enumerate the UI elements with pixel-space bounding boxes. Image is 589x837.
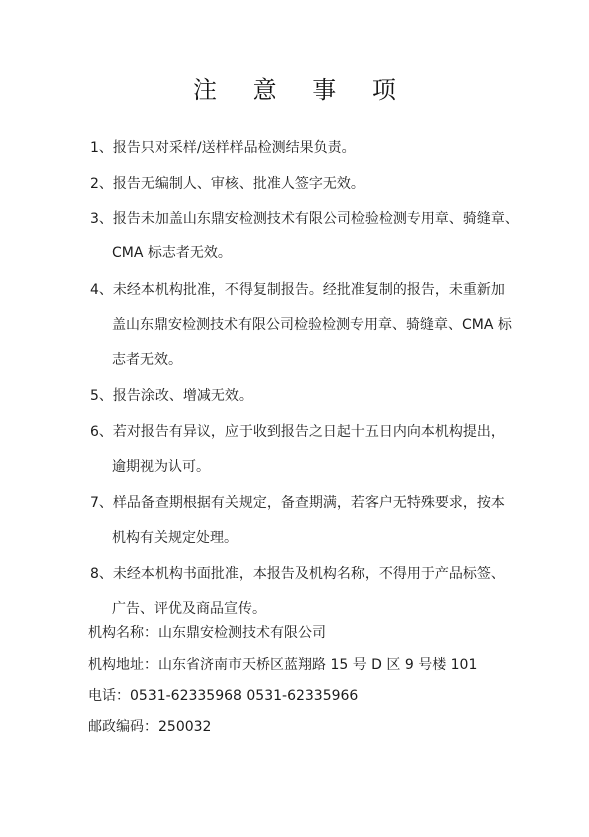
notice-3-cont: CMA 标志者无效。 [112, 244, 232, 262]
notice-8-cont: 广告、评优及商品宣传。 [112, 600, 266, 618]
notice-2: 2、报告无编制人、审核、批准人签字无效。 [90, 175, 365, 193]
org-postal-code: 邮政编码：250032 [88, 718, 211, 736]
org-address: 机构地址：山东省济南市天桥区蓝翔路 15 号 D 区 9 号楼 101 [88, 656, 477, 674]
notice-3: 3、报告未加盖山东鼎安检测技术有限公司检验检测专用章、骑缝章、 [90, 210, 519, 228]
notice-4-cont-1: 盖山东鼎安检测技术有限公司检验检测专用章、骑缝章、CMA 标 [112, 316, 512, 334]
notice-5: 5、报告涂改、增减无效。 [90, 387, 253, 405]
notice-4: 4、未经本机构批准，不得复制报告。经批准复制的报告，未重新加 [90, 281, 505, 299]
notice-7-cont: 机构有关规定处理。 [112, 529, 238, 547]
notice-6-cont: 逾期视为认可。 [112, 458, 210, 476]
notice-8: 8、未经本机构书面批准，本报告及机构名称，不得用于产品标签、 [90, 565, 505, 583]
org-phone: 电话：0531-62335968 0531-62335966 [88, 687, 358, 705]
notice-7: 7、样品备查期根据有关规定，备查期满，若客户无特殊要求，按本 [90, 494, 505, 512]
notice-6: 6、若对报告有异议，应于收到报告之日起十五日内向本机构提出， [90, 423, 505, 441]
document-page: 注 意 事 项 1、报告只对采样/送样样品检测结果负责。 2、报告无编制人、审核… [0, 0, 589, 837]
page-title: 注 意 事 项 [0, 70, 589, 105]
org-name: 机构名称：山东鼎安检测技术有限公司 [88, 624, 326, 642]
notice-4-cont-2: 志者无效。 [112, 351, 182, 369]
notice-1: 1、报告只对采样/送样样品检测结果负责。 [90, 139, 356, 157]
